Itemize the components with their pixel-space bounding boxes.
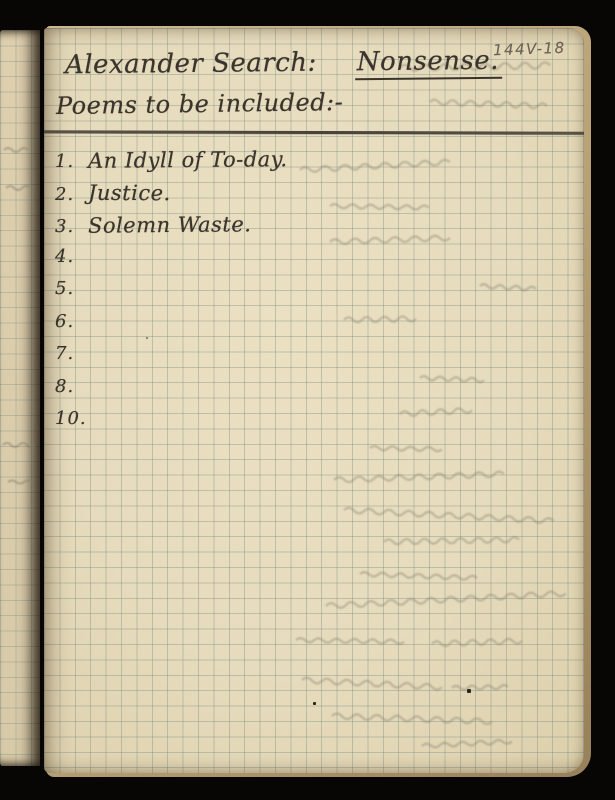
show-through-writing	[0, 30, 40, 766]
work-title-underlined: Nonsense.	[355, 46, 502, 81]
poem-list: 1.An Idyll of To-day.2.Justice.3.Solemn …	[44, 148, 584, 441]
item-number: 4.	[44, 246, 88, 267]
hand-drawn-divider-rule	[44, 130, 584, 134]
item-number: 7.	[44, 343, 88, 364]
subtitle: Poems to be included:-	[56, 88, 344, 120]
archive-reference-number: 144V-18	[493, 39, 566, 60]
list-item: 5.	[44, 278, 584, 311]
item-number: 3.	[44, 216, 88, 237]
item-number: 5.	[44, 278, 88, 299]
item-number: 6.	[44, 311, 88, 332]
item-title: Solemn Waste.	[88, 212, 252, 237]
notebook-page: 144V-18 Alexander Search: Nonsense. Poem…	[44, 28, 584, 773]
item-title: An Idyll of To-day.	[88, 147, 288, 173]
adjacent-page-edge	[0, 30, 40, 766]
list-item: 6.	[44, 311, 584, 344]
item-number: 10.	[44, 408, 88, 429]
list-item: 8.	[44, 376, 584, 409]
ink-speck	[467, 689, 471, 693]
list-item: 7.	[44, 343, 584, 376]
title-line: Alexander Search: Nonsense.	[65, 46, 502, 84]
list-item: 2.Justice.	[44, 181, 584, 214]
item-number: 8.	[44, 376, 88, 397]
item-number: 1.	[44, 151, 88, 172]
item-title: Justice.	[88, 180, 171, 204]
list-item: 10.	[44, 408, 584, 441]
notebook-scan: 144V-18 Alexander Search: Nonsense. Poem…	[0, 0, 615, 800]
author-name: Alexander Search:	[65, 48, 317, 81]
list-item: 1.An Idyll of To-day.	[44, 148, 584, 181]
item-number: 2.	[44, 184, 88, 205]
handwriting-layer: 144V-18 Alexander Search: Nonsense. Poem…	[44, 28, 584, 773]
list-item: 3.Solemn Waste.	[44, 213, 584, 246]
list-item: 4.	[44, 246, 584, 279]
ink-speck	[146, 337, 148, 339]
ink-speck	[313, 702, 316, 705]
